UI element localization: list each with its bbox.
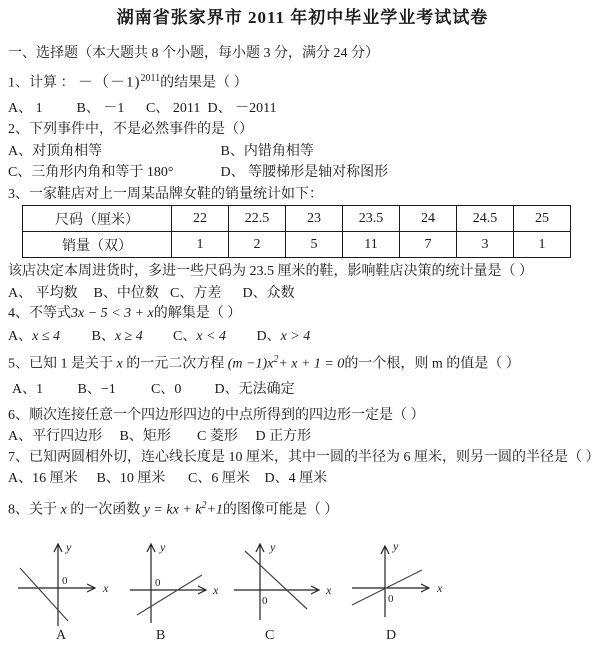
question-8-stem: 8、关于 x 的一次函数 y = kx + k2+1的图像可能是（ ）: [8, 496, 338, 520]
graph-option-c: y x 0 C: [230, 533, 342, 650]
stem-text: 的一个根，则 m 的值是（ ）: [344, 357, 519, 372]
graph-option-a: y x 0 A: [10, 533, 122, 650]
option: C 菱形: [197, 427, 252, 446]
table-cell: 尺码（厘米）: [23, 206, 172, 232]
table-cell: 7: [400, 232, 457, 258]
function-line: [137, 575, 202, 615]
option: C、6 厘米: [188, 469, 261, 488]
origin-label: 0: [388, 593, 394, 605]
question-2-stem: 2、下列事件中，不是必然事件的是（）: [8, 120, 253, 139]
table-cell: 25: [514, 206, 571, 232]
option: D、x > 4: [257, 327, 311, 346]
y-axis-label: y: [65, 540, 72, 554]
option: C、方差: [170, 284, 239, 303]
table-row: 尺码（厘米） 22 22.5 23 23.5 24 24.5 25: [23, 206, 571, 232]
question-8-graph-row: y x 0 A y x 0 B: [0, 533, 605, 648]
question-1-options: A、 1 B、 －1 C、 2011 D、 －2011: [8, 99, 277, 118]
table-cell: 1: [172, 232, 229, 258]
question-1-stem: 1、计算 ： －（－1)2011的结果是（ ）: [8, 69, 248, 93]
question-7-stem: 7、已知两圆相外切，连心线长度是 10 厘米，其中一圆的半径为 6 厘米，则另一…: [8, 448, 600, 467]
stem-text: 的结果是（ ）: [160, 76, 248, 91]
table-cell: 23: [286, 206, 343, 232]
stem-text: 的一次函数: [70, 503, 140, 518]
exam-title: 湖南省张家界市 2011 年初中毕业学业考试试卷: [0, 8, 605, 27]
table-cell: 3: [457, 232, 514, 258]
option: C、x < 4: [173, 327, 253, 346]
graph-option-d: y x 0 D: [344, 533, 456, 650]
table-row: 销量（双） 1 2 5 11 7 3 1: [23, 232, 571, 258]
stem-text: 8、关于: [8, 503, 57, 518]
variable: x: [117, 357, 123, 372]
question-2-options-row-1: A、对顶角相等 B、内错角相等: [8, 142, 314, 161]
stem-text: 1、计算 ：: [8, 76, 75, 91]
x-axis-label: x: [212, 583, 219, 597]
question-3-options: A、 平均数 B、中位数 C、方差 D、众数: [8, 284, 295, 303]
origin-label: 0: [155, 577, 161, 589]
formula: 3x − 5 < 3 + x: [71, 306, 154, 321]
option: B、x ≥ 4: [92, 327, 170, 346]
question-6-options: A、平行四边形 B、矩形 C 菱形 D 正方形: [8, 427, 311, 446]
question-2-options-row-2: C、三角形内角和等于 180° D、 等腰梯形是轴对称图形: [8, 163, 388, 182]
option: D、 －2011: [208, 99, 277, 118]
option: A、1: [12, 380, 74, 399]
stem-text: 的图像可能是（ ）: [223, 503, 339, 518]
option-math: x < 4: [196, 329, 226, 344]
option: D、 等腰梯形是轴对称图形: [221, 163, 389, 182]
function-line: [245, 551, 307, 609]
question-4-stem: 4、不等式3x − 5 < 3 + x的解集是（ ）: [8, 304, 241, 323]
variable: x: [61, 503, 67, 518]
table-cell: 23.5: [343, 206, 400, 232]
option: A、x ≤ 4: [8, 327, 88, 346]
option: B、内错角相等: [221, 142, 314, 161]
origin-label: 0: [62, 575, 68, 587]
question-5-options: A、1 B、−1 C、0 D、无法确定: [12, 380, 295, 399]
table-cell: 22: [172, 206, 229, 232]
option: A、16 厘米: [8, 469, 93, 488]
option: D 正方形: [256, 427, 312, 446]
origin-label: 0: [262, 595, 268, 607]
function-line: [20, 568, 68, 621]
option: C、0: [151, 380, 211, 399]
formula: +1: [206, 503, 222, 518]
coordinate-plane-d: y x 0 D: [344, 533, 456, 645]
option: D、4 厘米: [265, 469, 328, 488]
option: A、 平均数: [8, 284, 90, 303]
formula: + x + 1 = 0: [278, 357, 344, 372]
graph-label: B: [156, 628, 165, 643]
question-6-stem: 6、顺次连接任意一个四边形四边的中点所得到的四边形一定是（ ）: [8, 406, 425, 425]
sales-table: 尺码（厘米） 22 22.5 23 23.5 24 24.5 25 销量（双） …: [22, 205, 571, 258]
question-7-options: A、16 厘米 B、10 厘米 C、6 厘米 D、4 厘米: [8, 469, 327, 488]
option-math: x > 4: [281, 329, 311, 344]
coordinate-plane-c: y x 0 C: [230, 533, 342, 645]
coordinate-plane-a: y x 0 A: [10, 533, 122, 645]
option: A、 1: [8, 99, 73, 118]
y-axis-label: y: [392, 539, 399, 553]
question-4-options: A、x ≤ 4 B、x ≥ 4 C、x < 4 D、x > 4: [8, 327, 310, 346]
graph-label: D: [386, 628, 396, 643]
table-cell: 销量（双）: [23, 232, 172, 258]
formula-exponent: 2011: [141, 73, 161, 84]
y-axis-label: y: [159, 540, 166, 554]
stem-text: 5、已知 1 是关于: [8, 357, 113, 372]
option: B、中位数: [94, 284, 167, 303]
option: B、 －1: [77, 99, 143, 118]
option: B、10 厘米: [97, 469, 185, 488]
table-cell: 5: [286, 232, 343, 258]
table-cell: 11: [343, 232, 400, 258]
option: A、对顶角相等: [8, 142, 217, 161]
question-5-stem: 5、已知 1 是关于 x 的一元二次方程 (m −1)x2+ x + 1 = 0…: [8, 350, 520, 374]
table-cell: 24.5: [457, 206, 514, 232]
graph-label: A: [56, 628, 67, 643]
formula: y = kx + k: [144, 503, 202, 518]
option: A、平行四边形: [8, 427, 116, 446]
x-axis-label: x: [102, 581, 109, 595]
option-label: C、: [173, 329, 196, 344]
table-cell: 1: [514, 232, 571, 258]
option: D、众数: [243, 284, 295, 303]
option-math: x ≥ 4: [115, 329, 143, 344]
formula: (m −1)x: [228, 357, 274, 372]
table-cell: 22.5: [229, 206, 286, 232]
table-cell: 2: [229, 232, 286, 258]
question-3-stem: 3、一家鞋店对上一周某品牌女鞋的销量统计如下：: [8, 185, 323, 204]
coordinate-plane-b: y x 0 B: [122, 533, 234, 645]
option: C、三角形内角和等于 180°: [8, 163, 217, 182]
option: C、 2011: [146, 99, 204, 118]
table-cell: 24: [400, 206, 457, 232]
stem-text: 4、不等式: [8, 306, 71, 321]
x-axis-label: x: [325, 583, 332, 597]
stem-text: 的解集是（ ）: [154, 306, 242, 321]
option-label: D、: [257, 329, 281, 344]
section-heading: 一、选择题（本大题共 8 个小题，每小题 3 分，满分 24 分）: [8, 44, 379, 63]
x-axis-label: x: [436, 581, 443, 595]
exam-paper-page: 湖南省张家界市 2011 年初中毕业学业考试试卷 一、选择题（本大题共 8 个小…: [0, 0, 605, 651]
question-3-followup: 该店决定本周进货时，多进一些尺码为 23.5 厘米的鞋，影响鞋店决策的统计量是（…: [8, 262, 533, 281]
formula: －（－1): [78, 75, 141, 91]
option-label: A、: [8, 329, 32, 344]
option: B、−1: [78, 380, 148, 399]
option: B、矩形: [120, 427, 194, 446]
graph-label: C: [265, 628, 274, 643]
graph-option-b: y x 0 B: [122, 533, 234, 650]
option-math: x ≤ 4: [32, 329, 60, 344]
stem-text: 的一元二次方程: [126, 357, 224, 372]
option-label: B、: [92, 329, 115, 344]
option: D、无法确定: [215, 380, 295, 399]
y-axis-label: y: [269, 540, 276, 554]
